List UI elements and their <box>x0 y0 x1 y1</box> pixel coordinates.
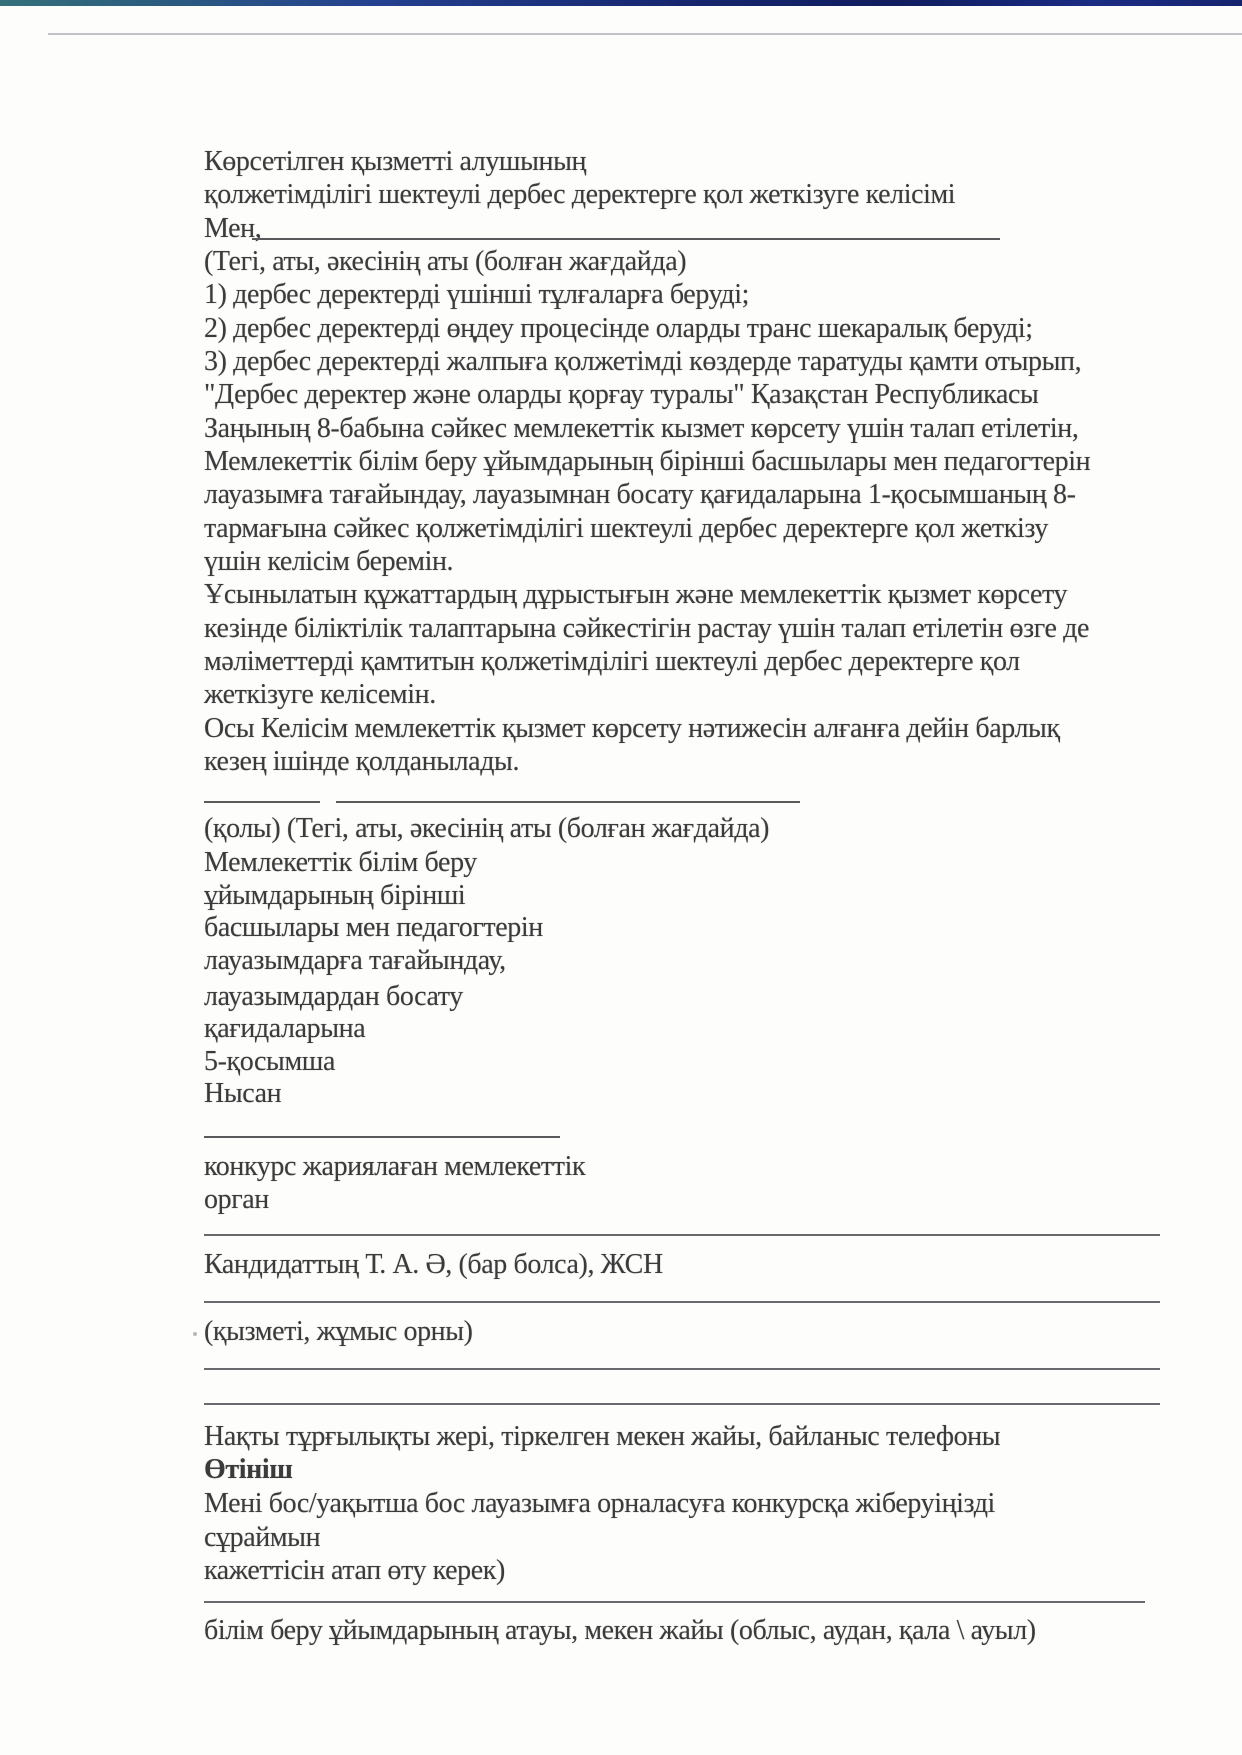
org-name-blank-line <box>204 1601 1145 1603</box>
me-prefix: Мен, <box>204 212 261 246</box>
appendix-line: ұйымдарының бірінші <box>204 879 465 913</box>
consent-body-line: 2) дербес деректерді өңдеу процесінде ол… <box>204 312 1033 346</box>
request-line-1: Мені бос/уақытша бос лауазымға орналасуғ… <box>204 1487 995 1521</box>
application-title: Өтініш <box>204 1453 292 1487</box>
scan-line-artifact <box>48 33 1242 35</box>
scan-edge-artifact <box>0 0 1242 6</box>
appendix-line: басшылары мен педагогтерін <box>204 911 543 945</box>
candidate-hint: Кандидаттың Т. А. Ә, (бар болса), ЖСН <box>204 1248 663 1282</box>
address-blank-line-2 <box>204 1403 1160 1405</box>
consent-body-line: кезең ішінде қолданылады. <box>204 745 519 779</box>
signature-blank-line <box>204 801 320 803</box>
signature-hint: (қолы) (Тегі, аты, әкесінің аты (болған … <box>204 812 769 846</box>
consent-body-line: лауазымға тағайындау, лауазымнан босату … <box>204 478 1076 512</box>
request-line-2: сұраймын <box>204 1521 320 1555</box>
consent-body-line: 1) дербес деректерді үшінші тұлғаларға б… <box>204 278 749 312</box>
consent-body-line: "Дербес деректер және оларды қорғау тура… <box>204 378 1038 412</box>
address-hint: Нақты тұрғылықты жері, тіркелген мекен ж… <box>204 1420 1000 1454</box>
name-hint: (Тегі, аты, әкесінің аты (болған жағдайд… <box>204 245 686 279</box>
request-line-3: кажеттісін атап өту керек) <box>204 1554 505 1588</box>
position-blank-line <box>204 1301 1160 1303</box>
consent-body-line: жеткізуге келісемін. <box>204 678 436 712</box>
position-hint: (қызметі, жұмыс орны) <box>204 1315 473 1349</box>
candidate-blank-line <box>204 1234 1160 1236</box>
org-hint-line-2: орган <box>204 1183 269 1217</box>
consent-body-line: үшін келісім беремін. <box>204 545 453 579</box>
consent-body-line: тармағына сәйкес қолжетімділігі шектеулі… <box>204 512 1048 546</box>
consent-body-line: Осы Келісім мемлекеттік қызмет көрсету н… <box>204 712 1060 746</box>
consent-body-line: 3) дербес деректерді жалпыға қолжетімді … <box>204 345 1081 379</box>
appendix-line: Мемлекеттік білім беру <box>204 846 477 880</box>
org-blank-line <box>204 1136 560 1138</box>
appendix-line: лауазымдарға тағайындау, <box>204 944 506 978</box>
consent-body-line: Мемлекеттік білім беру ұйымдарының бірін… <box>204 445 1090 479</box>
org-hint-line-1: конкурс жариялаған мемлекеттік <box>204 1150 585 1184</box>
org-name-hint: білім беру ұйымдарының атауы, мекен жайы… <box>204 1614 1036 1648</box>
scan-dot-artifact <box>193 1332 197 1336</box>
appendix-line: 5-қосымша <box>204 1045 335 1079</box>
appendix-line: лауазымдардан босату <box>204 980 463 1014</box>
appendix-line: қағидаларына <box>204 1012 365 1046</box>
name-blank-line <box>252 238 1000 240</box>
appendix-line: Нысан <box>204 1077 281 1111</box>
fullname-blank-line <box>336 801 800 803</box>
consent-title-line-2: қолжетімділігі шектеулі дербес деректерг… <box>204 178 955 212</box>
consent-body-line: Заңының 8-бабына сәйкес мемлекеттік кызм… <box>204 412 1078 446</box>
consent-title-line-1: Көрсетілген қызметті алушының <box>204 145 586 179</box>
address-blank-line-1 <box>204 1368 1160 1370</box>
scanned-document-page: Көрсетілген қызметті алушының қолжетімді… <box>0 0 1242 1755</box>
consent-body-line: кезінде біліктілік талаптарына сәйкестіг… <box>204 612 1089 646</box>
consent-body-line: мәліметтерді қамтитын қолжетімділігі шек… <box>204 645 1020 679</box>
consent-body-line: Ұсынылатын құжаттардың дұрыстығын және м… <box>204 578 1067 612</box>
